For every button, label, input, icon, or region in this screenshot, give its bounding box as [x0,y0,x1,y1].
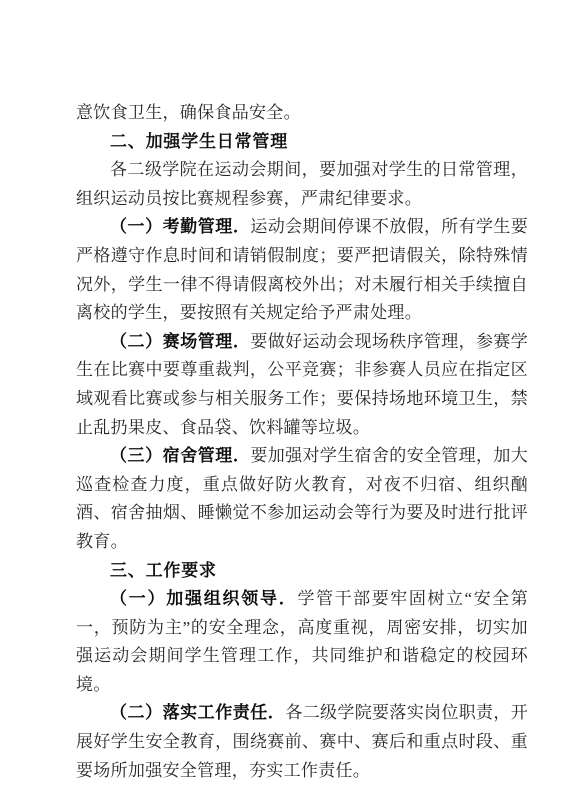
paragraph-work-responsibility: （二）落实工作责任．各二级学院要落实岗位职责，开展好学生安全教育，围绕赛前、赛中… [76,699,528,785]
paragraph-lead-in: （一）加强组织领导． [110,589,298,608]
paragraph-lead-in: （三）宿舍管理． [110,446,250,465]
paragraph-org-leadership: （一）加强组织领导．学管干部要牢固树立“安全第一，预防为主”的安全理念，高度重视… [76,585,528,699]
paragraph-text: 意饮食卫生，确保食品安全。 [76,103,301,122]
paragraph-attendance-management: （一）考勤管理．运动会期间停课不放假，所有学生要严格遵守作息时间和请销假制度；要… [76,213,528,327]
paragraph-venue-management: （二）赛场管理．要做好运动会现场秩序管理，参赛学生在比赛中要尊重裁判，公平竞赛；… [76,328,528,442]
section-heading-2: 二、加强学生日常管理 [76,128,528,157]
paragraph-dormitory-management: （三）宿舍管理．要加强对学生宿舍的安全管理，加大巡查检查力度，重点做好防火教育，… [76,442,528,556]
section-heading-3: 三、工作要求 [76,557,528,586]
paragraph: 各二级学院在运动会期间，要加强对学生的日常管理，组织运动员按比赛规程参赛，严肃纪… [76,156,528,213]
paragraph-continuation: 意饮食卫生，确保食品安全。 [76,99,528,128]
paragraph-lead-in: （二）落实工作责任． [110,703,285,722]
document-page: 意饮食卫生，确保食品安全。 二、加强学生日常管理 各二级学院在运动会期间，要加强… [76,99,528,785]
paragraph-lead-in: （一）考勤管理． [110,217,250,236]
paragraph-lead-in: （二）赛场管理． [110,332,250,351]
paragraph-text: 各二级学院在运动会期间，要加强对学生的日常管理，组织运动员按比赛规程参赛，严肃纪… [76,160,528,208]
